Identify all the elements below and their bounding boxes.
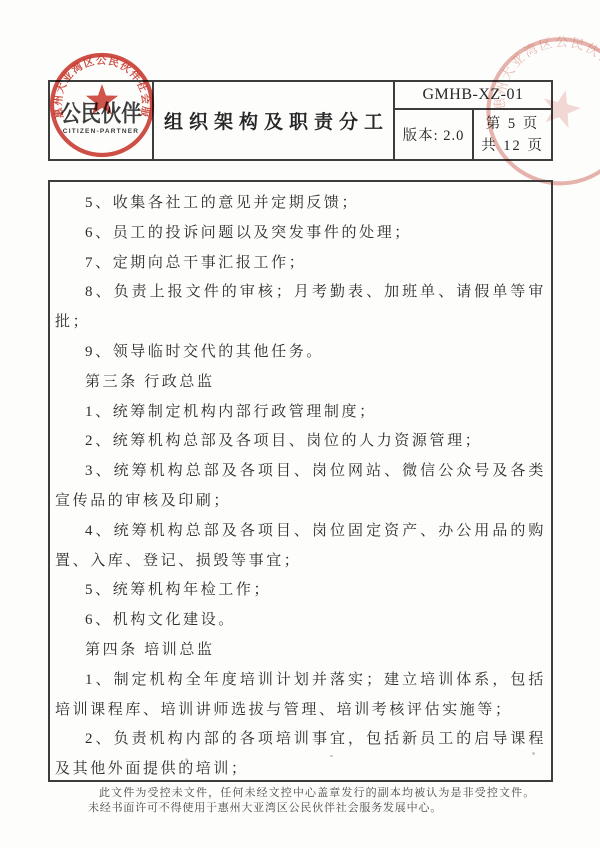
control-notice: 此文件为受控未文件，任何未经文控中心盖章发行的副本均被认为是非受控文件。未经书面… bbox=[88, 786, 535, 815]
page-current: 第 5 页 bbox=[486, 113, 540, 135]
scan-speck bbox=[532, 752, 535, 755]
body-paragraph: 7、定期向总干事汇报工作； bbox=[55, 249, 546, 279]
body-paragraph: 5、收集各社工的意见并定期反馈； bbox=[55, 189, 546, 219]
document-page: 公民伙伴 CITIZEN-PARTNER 组织架构及职责分工 GMHB-XZ-0… bbox=[0, 0, 600, 848]
page-title: 组织架构及职责分工 bbox=[154, 82, 395, 159]
section-heading: 第三条 行政总监 bbox=[55, 368, 546, 398]
scan-speck bbox=[185, 758, 188, 761]
org-logo: 公民伙伴 CITIZEN-PARTNER bbox=[50, 101, 152, 135]
body-paragraph: 4、统筹机构总部及各项目、岗位固定资产、办公用品的购置、入库、登记、损毁等事宜； bbox=[55, 517, 546, 577]
body-paragraph: 5、统筹机构年检工作； bbox=[55, 576, 546, 606]
body-paragraph: 1、制定机构全年度培训计划并落实；建立培训体系，包括培训课程库、培训讲师选拔与管… bbox=[55, 666, 546, 726]
body-paragraph: 9、领导临时交代的其他任务。 bbox=[55, 338, 546, 368]
body-box: 5、收集各社工的意见并定期反馈； 6、员工的投诉问题以及突发事件的处理； 7、定… bbox=[48, 180, 553, 782]
page-total: 共 12 页 bbox=[481, 135, 544, 157]
header-meta-cell: GMHB-XZ-01 版本: 2.0 第 5 页 共 12 页 bbox=[395, 82, 551, 159]
body-paragraph: 6、员工的投诉问题以及突发事件的处理； bbox=[55, 219, 546, 249]
logo-cn-text: 公民伙伴 bbox=[56, 101, 146, 127]
body-paragraph: 8、负责上报文件的审核；月考勤表、加班单、请假单等审批； bbox=[55, 278, 546, 338]
body-paragraph: 1、统筹制定机构内部行政管理制度； bbox=[55, 398, 546, 428]
body-paragraph: 6、机构文化建设。 bbox=[55, 606, 546, 636]
logo-en-text: CITIZEN-PARTNER bbox=[50, 128, 152, 135]
version-label: 版本: 2.0 bbox=[395, 110, 474, 159]
body-paragraph: 3、统筹机构总部及各项目、岗位网站、微信公众号及各类宣传品的审核及印刷； bbox=[55, 457, 546, 517]
scan-speck bbox=[330, 755, 333, 757]
body-paragraph: 2、负责机构内部的各项培训事宜，包括新员工的启导课程及其他外面提供的培训； bbox=[55, 725, 546, 782]
doc-number: GMHB-XZ-01 bbox=[395, 82, 551, 110]
body-paragraph: 2、统筹机构总部及各项目、岗位的人力资源管理； bbox=[55, 427, 546, 457]
header-table: 公民伙伴 CITIZEN-PARTNER 组织架构及职责分工 GMHB-XZ-0… bbox=[48, 80, 553, 161]
section-heading: 第四条 培训总监 bbox=[55, 636, 546, 666]
logo-cell: 公民伙伴 CITIZEN-PARTNER bbox=[50, 82, 154, 159]
page-count-cell: 第 5 页 共 12 页 bbox=[474, 110, 551, 159]
